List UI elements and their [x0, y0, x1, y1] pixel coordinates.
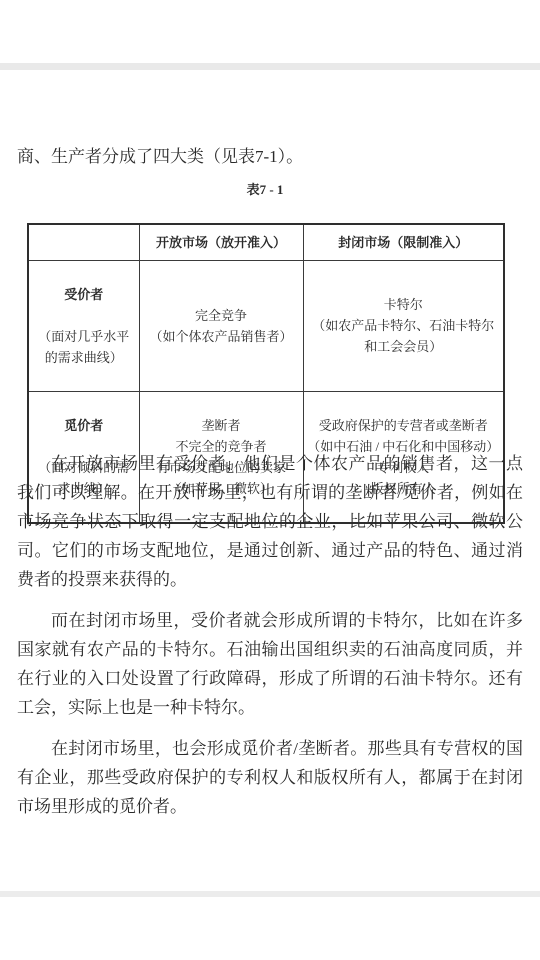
table-caption: 表7 - 1: [27, 179, 503, 200]
cell-price-taker-open-market: 完全竞争 （如个体农产品销售者）: [139, 260, 303, 391]
page-separator-bottom: [0, 891, 540, 897]
row-header-price-taker: 受价者 （面对几乎水平 的需求曲线）: [28, 260, 139, 391]
row-label: 觅价者: [30, 415, 138, 436]
row-label: 受价者: [30, 284, 138, 305]
cell-price-taker-closed-market: 卡特尔 （如农产品卡特尔、石油卡特尔 和工会会员）: [303, 260, 504, 391]
paragraph-closed-market-searcher: 在封闭市场里，也会形成觅价者/垄断者。那些具有专营权的国有企业，那些受政府保护的…: [17, 734, 523, 821]
table-header-empty: [28, 224, 139, 260]
body-text: 在开放市场里有受价者，他们是个体农产品的销售者，这一点我们可以理解。在开放市场里…: [17, 449, 523, 833]
table-header-open-market: 开放市场（放开准入）: [139, 224, 303, 260]
table-row-price-taker: 受价者 （面对几乎水平 的需求曲线） 完全竞争 （如个体农产品销售者） 卡特尔 …: [28, 260, 504, 391]
table-header-closed-market: 封闭市场（限制准入）: [303, 224, 504, 260]
page-separator-top: [0, 63, 540, 70]
paragraph-open-market: 在开放市场里有受价者，他们是个体农产品的销售者，这一点我们可以理解。在开放市场里…: [17, 449, 523, 594]
table-header-row: 开放市场（放开准入） 封闭市场（限制准入）: [28, 224, 504, 260]
lead-paragraph-tail: 商、生产者分成了四大类（见表7-1）。: [17, 142, 523, 171]
row-label-note: （面对几乎水平 的需求曲线）: [30, 326, 138, 368]
paragraph-closed-market-cartel: 而在封闭市场里，受价者就会形成所谓的卡特尔，比如在许多国家就有农产品的卡特尔。石…: [17, 606, 523, 722]
